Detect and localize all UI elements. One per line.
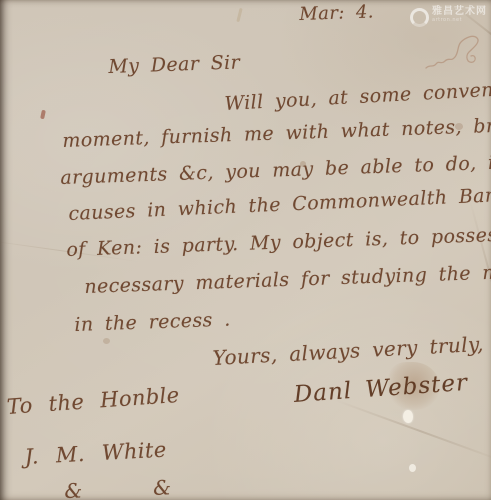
paper-stain	[103, 338, 110, 344]
letter-body-line: necessary materials for studying the mat…	[84, 260, 491, 298]
letter-body-line: Will you, at some convenient	[224, 77, 491, 115]
letter-signature: Danl Webster	[293, 370, 469, 408]
paper-stain	[40, 110, 46, 120]
letter-salutation: My Dear Sir	[108, 51, 240, 78]
letter-addressee-line: J. M. White	[24, 438, 167, 469]
letter-body-line: in the recess .	[74, 309, 231, 336]
letter-addressee-line: To the Honble	[6, 383, 180, 419]
paper-crease	[335, 399, 491, 462]
letter-addressee-line: & &	[64, 475, 172, 500]
paper-fleck	[236, 8, 242, 22]
paper-fleck	[403, 410, 413, 423]
letter-body-line: of Ken: is party. My object is, to posse…	[66, 222, 491, 261]
letter-body-line: causes in which the Commonwealth Bank	[68, 184, 491, 225]
watermark-site-url: artron.net	[432, 18, 487, 23]
watermark-logo-icon	[410, 8, 429, 27]
letter-body-line: arguments &c, you may be able to do, in …	[60, 150, 491, 189]
watermark-site-name: 雅昌艺术网	[432, 7, 487, 18]
letter-body-line: moment, furnish me with what notes, brie…	[62, 113, 491, 152]
letter-date: Mar: 4.	[299, 1, 374, 25]
paper-fleck	[409, 464, 416, 472]
letter-paper: Mar: 4. My Dear Sir Will you, at some co…	[0, 0, 491, 500]
watermark: 雅昌艺术网 artron.net	[410, 7, 487, 27]
docket-scribble	[423, 26, 489, 78]
letter-closing: Yours, always very truly,	[212, 332, 484, 370]
